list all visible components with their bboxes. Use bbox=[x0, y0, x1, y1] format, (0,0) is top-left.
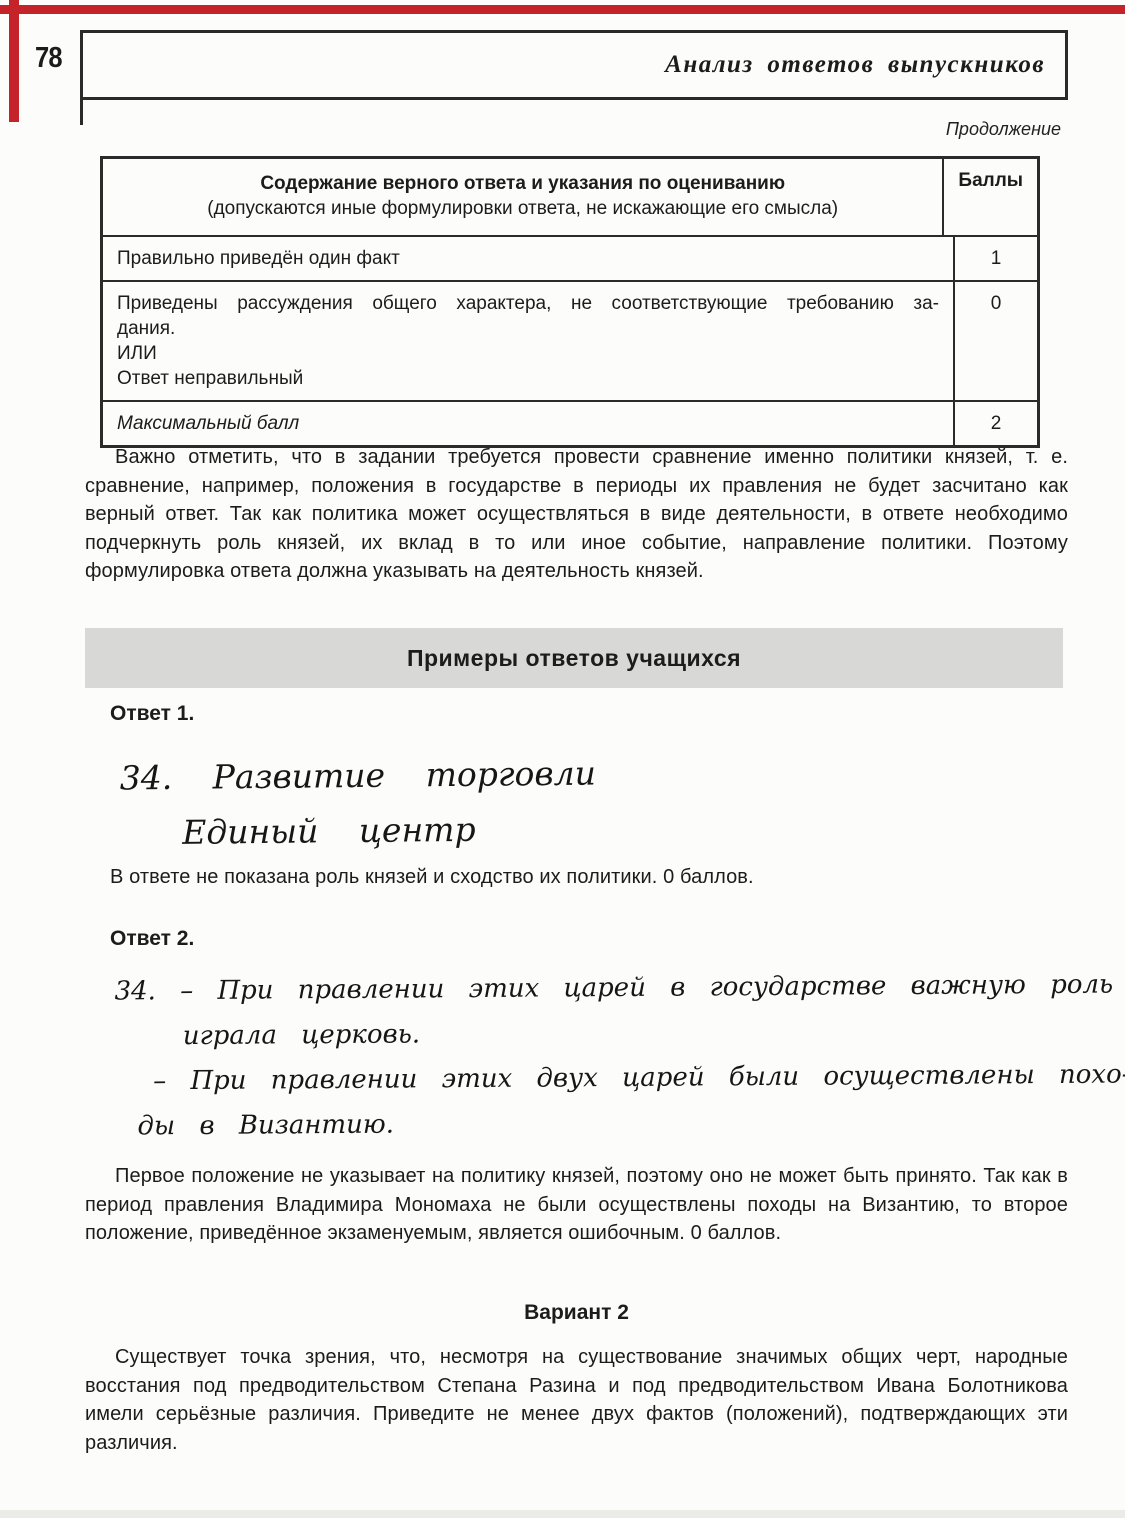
running-head-box-tail bbox=[80, 99, 83, 125]
table-row: Максимальный балл 2 bbox=[103, 400, 1037, 445]
handwriting-line: 34. Развитие торговли bbox=[119, 746, 596, 806]
variant2-heading: Вариант 2 bbox=[85, 1301, 1068, 1325]
answer1-label: Ответ 1. bbox=[110, 702, 194, 726]
scoring-table-header-title: Содержание верного ответа и указания по … bbox=[117, 171, 928, 196]
variant2-task: Существует точка зрения, что, несмотря н… bbox=[85, 1343, 1068, 1457]
section-banner: Примеры ответов учащихся bbox=[85, 628, 1063, 688]
answer2-handwriting: 34. – При правлении этих царей в государ… bbox=[114, 962, 1125, 1149]
row-content-line: ИЛИ bbox=[117, 341, 939, 366]
handwriting-line: играла церковь. bbox=[183, 1007, 1125, 1059]
running-head-title: Анализ ответов выпускников bbox=[665, 51, 1045, 79]
scanned-document-page: 78 Анализ ответов выпускников Продолжени… bbox=[0, 0, 1125, 1518]
table-row: Правильно приведён один факт 1 bbox=[103, 235, 1037, 280]
handwriting-line: – При правлении этих двух царей были осу… bbox=[153, 1052, 1125, 1104]
scoring-table-header-cell: Содержание верного ответа и указания по … bbox=[103, 159, 944, 235]
row-score: 1 bbox=[955, 237, 1037, 280]
answer2-comment: Первое положение не указывает на политик… bbox=[85, 1162, 1068, 1248]
commentary-paragraph: Важно отметить, что в задании требуется … bbox=[85, 443, 1068, 586]
scoring-table: Содержание верного ответа и указания по … bbox=[100, 156, 1040, 448]
row-content: Правильно приведён один факт bbox=[103, 237, 955, 280]
scoring-table-header-row: Содержание верного ответа и указания по … bbox=[103, 159, 1037, 235]
answer1-comment: В ответе не показана роль князей и сходс… bbox=[110, 866, 1070, 889]
section-banner-title: Примеры ответов учащихся bbox=[407, 645, 741, 672]
answer1-handwriting: 34. Развитие торговли Единый центр bbox=[119, 746, 596, 861]
handwriting-line: 34. – При правлении этих царей в государ… bbox=[114, 962, 1125, 1014]
table-row: Приведены рассуждения общего характера, … bbox=[103, 280, 1037, 400]
row-content: Приведены рассуждения общего характера, … bbox=[103, 282, 955, 400]
scoring-table-score-header: Баллы bbox=[944, 159, 1037, 235]
red-border-top bbox=[0, 5, 1125, 14]
red-border-left bbox=[9, 0, 19, 122]
handwriting-line: ды в Византию. bbox=[137, 1097, 1125, 1149]
row-score: 0 bbox=[955, 282, 1037, 400]
row-content-line: дания. bbox=[117, 316, 939, 341]
answer2-label: Ответ 2. bbox=[110, 927, 194, 951]
scoring-table-header-note: (допускаются иные формулировки ответа, н… bbox=[117, 196, 928, 221]
handwriting-line: Единый центр bbox=[182, 801, 597, 860]
continuation-label: Продолжение bbox=[946, 119, 1061, 140]
row-content: Максимальный балл bbox=[103, 402, 955, 445]
row-content-line: Ответ неправильный bbox=[117, 366, 939, 391]
running-head-box: Анализ ответов выпускников bbox=[80, 30, 1068, 100]
page-number: 78 bbox=[35, 42, 62, 75]
row-content-line: Приведены рассуждения общего характера, … bbox=[117, 291, 939, 316]
row-score: 2 bbox=[955, 402, 1037, 445]
